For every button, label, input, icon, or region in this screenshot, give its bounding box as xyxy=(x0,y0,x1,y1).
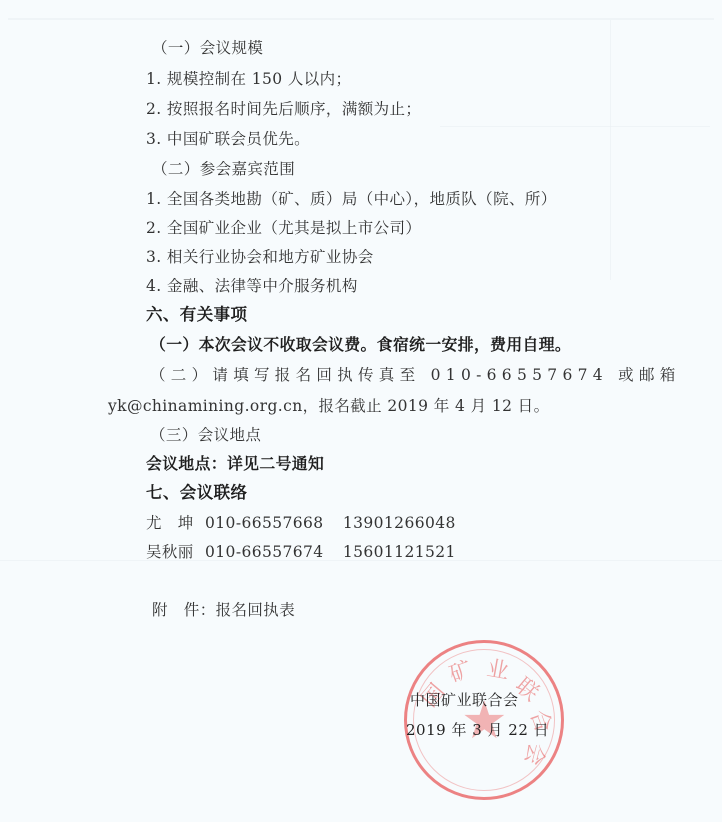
sub-heading-scale: （一）会议规模 xyxy=(152,38,263,58)
section-heading-contact: 七、会议联络 xyxy=(146,483,247,503)
sub-heading-guests: （二）参会嘉宾范围 xyxy=(152,159,295,179)
contact-name: 吴秋丽 xyxy=(146,543,194,561)
list-item: 2. 全国矿业企业（尤其是拟上市公司） xyxy=(146,218,421,238)
bleed-through-line xyxy=(610,20,611,280)
contact-mobile: 15601121521 xyxy=(343,543,456,561)
contact-name: 尤 坤 xyxy=(146,514,194,532)
matters-item-fee: （一）本次会议不收取会议费。食宿统一安排，费用自理。 xyxy=(150,335,571,355)
matters-item-registration: （二）请填写报名回执传真至 010-66557674 或邮箱 xyxy=(150,365,681,385)
section-heading-matters: 六、有关事项 xyxy=(146,305,247,325)
contact-phone: 010-66557674 xyxy=(205,543,324,561)
bleed-through-line xyxy=(8,18,714,20)
contact-mobile: 13901266048 xyxy=(343,514,456,532)
document-page: （一）会议规模 1. 规模控制在 150 人以内； 2. 按照报名时间先后顺序，… xyxy=(0,0,722,822)
list-item: 2. 按照报名时间先后顺序，满额为止； xyxy=(146,99,421,119)
list-item: 1. 全国各类地勘（矿、质）局（中心），地质队（院、所） xyxy=(146,189,557,209)
contact-phone: 010-66557668 xyxy=(205,514,324,532)
sub-heading-venue: （三）会议地点 xyxy=(150,425,261,445)
signature-date: 2019 年 3 月 22 日 xyxy=(406,719,549,740)
list-item: 4. 金融、法律等中介服务机构 xyxy=(146,276,358,296)
bleed-through-line xyxy=(440,126,710,127)
signature-org: 中国矿业联合会 xyxy=(410,689,519,710)
list-item: 3. 相关行业协会和地方矿业协会 xyxy=(146,247,374,267)
list-item: 3. 中国矿联会员优先。 xyxy=(146,129,310,149)
attachment-note: 附 件：报名回执表 xyxy=(152,600,295,620)
venue-text: 会议地点：详见二号通知 xyxy=(146,454,324,474)
matters-item-registration-cont: yk@chinamining.org.cn，报名截止 2019 年 4 月 12… xyxy=(108,396,549,416)
contact-row: 尤 坤 010-66557668 13901266048 xyxy=(146,513,456,533)
list-item: 1. 规模控制在 150 人以内； xyxy=(146,69,351,89)
contact-row: 吴秋丽 010-66557674 15601121521 xyxy=(146,542,456,562)
